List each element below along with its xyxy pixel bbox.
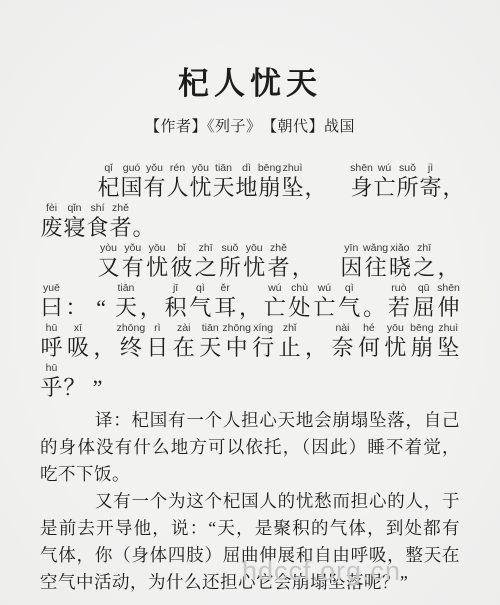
hanzi-character: 乎 (41, 375, 63, 401)
pinyin-annotation: tiān (117, 282, 134, 295)
pinyin-annotation: shēn (437, 282, 460, 295)
pinyin-annotation: fèi (46, 202, 57, 215)
pinyin-annotation: zhōng (222, 322, 251, 335)
pinyin-annotation: zhǐ (283, 322, 296, 335)
pinyin-annotation: yōu (149, 242, 166, 255)
hanzi-character: 积 (165, 295, 187, 321)
hanzi-character: 耳 (214, 295, 236, 321)
hanzi-character: ， (437, 255, 459, 281)
classical-line: hū呼xī吸，zhōng终rì日zài在tiān天zhōng中xíng行zhǐ止… (40, 322, 460, 362)
ruby-cell: ， (140, 282, 162, 322)
ruby-cell: yīn因 (340, 242, 362, 282)
pinyin-annotation: yōu (192, 162, 209, 175)
ruby-cell: shēn伸 (438, 282, 460, 322)
pinyin-annotation: qì (345, 282, 354, 295)
ruby-cell: shí食 (87, 202, 109, 241)
hanzi-character: 忧 (243, 255, 265, 281)
hanzi-character (328, 175, 350, 201)
pinyin-annotation: ruò (391, 282, 406, 295)
ruby-cell: hū乎 (41, 362, 63, 401)
hanzi-character: 又 (98, 255, 120, 281)
pinyin-annotation: hū (46, 322, 58, 335)
document-page: 杞人忧天 【作者】《列子》 【朝代】战国 qǐ杞guó国yǒu有rén人yōu忧… (0, 0, 500, 605)
hanzi-character: 亡 (374, 175, 396, 201)
poem-title: 杞人忧天 (0, 0, 500, 103)
pinyin-annotation: hū (46, 362, 58, 375)
hanzi-character: 寝 (64, 215, 86, 241)
hanzi-character: ， (305, 335, 327, 361)
pinyin-annotation: zhuì (438, 322, 458, 335)
hanzi-character: ， (305, 175, 327, 201)
pinyin-annotation: guó (123, 162, 141, 175)
classical-line: yuē曰：“tiān天，jī积qì气ěr耳，wú亡chù处wú亡qì气。ruò若… (40, 282, 460, 322)
ruby-cell: bēng崩 (411, 322, 433, 362)
ruby-cell: yōu忧 (243, 242, 265, 282)
pinyin-annotation: yuē (43, 282, 60, 295)
ruby-cell: ： (65, 282, 87, 322)
pinyin-annotation: wú (318, 282, 331, 295)
ruby-cell: guó国 (121, 162, 143, 202)
ruby-cell: xíng行 (252, 322, 274, 362)
ruby-cell: ěr耳 (214, 282, 236, 322)
pinyin-annotation: xiǎo (390, 242, 409, 255)
ruby-cell: suǒ所 (219, 242, 241, 282)
hanzi-character: 。 (133, 215, 155, 241)
hanzi-character: 气 (189, 295, 211, 321)
ruby-cell: dì地 (236, 162, 258, 202)
ruby-cell: yōu忧 (190, 162, 212, 202)
pinyin-annotation: yǒu (146, 162, 163, 175)
ruby-cell: ？ (64, 362, 86, 401)
ruby-cell: jì寄 (420, 162, 442, 202)
pinyin-annotation: wú (268, 282, 281, 295)
ruby-cell: ， (239, 282, 261, 322)
ruby-cell: tiān天 (115, 282, 137, 322)
hanzi-character: 地 (236, 175, 258, 201)
ruby-cell: chù处 (289, 282, 311, 322)
pinyin-annotation: qǐ (104, 162, 112, 175)
ruby-cell: yuē曰 (41, 282, 63, 322)
ruby-cell: yǒu有 (122, 242, 144, 282)
hanzi-character: 吸 (67, 335, 89, 361)
hanzi-character: 食 (87, 215, 109, 241)
hanzi-character: 人 (167, 175, 189, 201)
pinyin-annotation: bǐ (177, 242, 185, 255)
pinyin-annotation: nài (335, 322, 349, 335)
pinyin-annotation: zài (177, 322, 190, 335)
hanzi-character: ？ (64, 375, 86, 401)
hanzi-character: 奈 (331, 335, 353, 361)
hanzi-character: 天 (115, 295, 137, 321)
pinyin-annotation: bēng (258, 162, 281, 175)
pinyin-annotation: xī (74, 322, 82, 335)
hanzi-character: 伸 (438, 295, 460, 321)
hanzi-character: 有 (122, 255, 144, 281)
hanzi-character: 之 (195, 255, 217, 281)
hanzi-character: 在 (173, 335, 195, 361)
ruby-cell: yōu忧 (146, 242, 168, 282)
pinyin-annotation: yōu (246, 242, 263, 255)
classical-line: yòu又yǒu有yōu忧bǐ彼zhī之suǒ所yōu忧zhě者， yīn因wǎn… (40, 242, 460, 282)
hanzi-character: 之 (413, 255, 435, 281)
pinyin-annotation: yòu (100, 242, 117, 255)
pinyin-annotation: ěr (221, 282, 230, 295)
hanzi-character: 行 (252, 335, 274, 361)
ruby-cell: xiǎo晓 (389, 242, 411, 282)
hanzi-character: 亡 (313, 295, 335, 321)
ruby-cell: rén人 (167, 162, 189, 202)
pinyin-annotation: qū (418, 282, 430, 295)
ruby-cell: bǐ彼 (170, 242, 192, 282)
ruby-cell: qǐn寝 (64, 202, 86, 241)
pinyin-annotation: zhě (270, 242, 287, 255)
pinyin-annotation: suǒ (399, 162, 416, 175)
ruby-cell: rì日 (146, 322, 168, 362)
pinyin-annotation: chù (291, 282, 308, 295)
ruby-cell: bēng崩 (259, 162, 281, 202)
ruby-cell: ， (443, 162, 465, 202)
hanzi-character: 者 (267, 255, 289, 281)
pinyin-annotation: shēn (350, 162, 373, 175)
ruby-cell: qǐ杞 (98, 162, 120, 202)
ruby-cell: qì气 (338, 282, 360, 322)
pinyin-annotation: suǒ (221, 242, 238, 255)
hanzi-character: 天 (199, 335, 221, 361)
pinyin-annotation: hé (363, 322, 375, 335)
ruby-cell: 。 (133, 202, 155, 241)
ruby-cell: zhōng中 (226, 322, 248, 362)
pinyin-annotation: tiān (202, 322, 219, 335)
ruby-cell: zhī之 (413, 242, 435, 282)
pinyin-annotation: qǐn (67, 202, 81, 215)
hanzi-character: 气 (338, 295, 360, 321)
ruby-cell: tiān天 (213, 162, 235, 202)
ruby-cell: ， (93, 322, 115, 362)
hanzi-character: 何 (358, 335, 380, 361)
hanzi-character: 崩 (259, 175, 281, 201)
hanzi-character: 杞 (98, 175, 120, 201)
ruby-cell: xī吸 (67, 322, 89, 362)
ruby-cell: 。 (363, 282, 385, 322)
hanzi-character: 彼 (170, 255, 192, 281)
ruby-cell: shēn身 (351, 162, 373, 202)
ruby-cell: qū屈 (413, 282, 435, 322)
classical-line: qǐ杞guó国yǒu有rén人yōu忧tiān天dì地bēng崩zhuì坠， s… (40, 162, 460, 202)
hanzi-character: 有 (144, 175, 166, 201)
pinyin-annotation: zhōng (117, 322, 146, 335)
hanzi-character: 因 (340, 255, 362, 281)
hanzi-character: 寄 (420, 175, 442, 201)
ruby-cell: zhě者 (110, 202, 132, 241)
ruby-cell: qì气 (189, 282, 211, 322)
ruby-cell (328, 162, 350, 202)
hanzi-character: 亡 (264, 295, 286, 321)
hanzi-character: 晓 (389, 255, 411, 281)
hanzi-character: 往 (365, 255, 387, 281)
ruby-cell: ， (305, 322, 327, 362)
hanzi-character: 所 (219, 255, 241, 281)
pinyin-annotation: jì (428, 162, 433, 175)
ruby-cell: wú亡 (313, 282, 335, 322)
pinyin-annotation: jī (173, 282, 178, 295)
hanzi-character: 屈 (413, 295, 435, 321)
pinyin-annotation: yīn (344, 242, 358, 255)
hanzi-character: ， (239, 295, 261, 321)
ruby-cell: zhuì坠 (282, 162, 304, 202)
ruby-cell: tiān天 (199, 322, 221, 362)
ruby-cell: yòu又 (98, 242, 120, 282)
pinyin-annotation: zhuì (283, 162, 303, 175)
hanzi-character: 止 (279, 335, 301, 361)
hanzi-character: 天 (213, 175, 235, 201)
hanzi-character: 身 (351, 175, 373, 201)
hanzi-character (316, 255, 338, 281)
hanzi-character: ， (443, 175, 465, 201)
hanzi-character: ： (65, 295, 87, 321)
ruby-cell: hū呼 (41, 322, 63, 362)
ruby-cell: ” (87, 362, 109, 401)
pinyin-annotation: rén (170, 162, 185, 175)
pinyin-annotation: rì (154, 322, 160, 335)
pinyin-annotation: wǎng (363, 242, 388, 255)
pinyin-annotation: tiān (215, 162, 232, 175)
classical-line: hū乎？” (40, 362, 460, 402)
hanzi-character: 若 (388, 295, 410, 321)
ruby-cell: zhuì坠 (437, 322, 459, 362)
ruby-cell: ruò若 (388, 282, 410, 322)
hanzi-character: 忧 (384, 335, 406, 361)
ruby-cell: wú亡 (374, 162, 396, 202)
hanzi-character: “ (96, 295, 106, 321)
pinyin-annotation: dì (242, 162, 251, 175)
hanzi-character: 废 (41, 215, 63, 241)
hanzi-character: 处 (289, 295, 311, 321)
hanzi-character: 日 (146, 335, 168, 361)
hanzi-character: 曰 (41, 295, 63, 321)
ruby-cell: jī积 (165, 282, 187, 322)
pinyin-annotation: yōu (387, 322, 404, 335)
hanzi-character: ， (93, 335, 115, 361)
hanzi-character: ” (93, 375, 103, 401)
ruby-cell: wú亡 (264, 282, 286, 322)
ruby-cell: zhī之 (195, 242, 217, 282)
ruby-cell: suǒ所 (397, 162, 419, 202)
hanzi-character: 者 (110, 215, 132, 241)
classical-text-with-pinyin: qǐ杞guó国yǒu有rén人yōu忧tiān天dì地bēng崩zhuì坠， s… (40, 162, 460, 402)
ruby-cell: nài奈 (331, 322, 353, 362)
ruby-cell (316, 242, 338, 282)
pinyin-annotation: shí (90, 202, 104, 215)
hanzi-character: 。 (363, 295, 385, 321)
pinyin-annotation: zhī (199, 242, 213, 255)
ruby-cell: fèi废 (41, 202, 63, 241)
hanzi-character: 所 (397, 175, 419, 201)
hanzi-character: 忧 (190, 175, 212, 201)
translation-paragraph-1: 译：杞国有一个人担心天地会崩塌坠落，自己的身体没有什么地方可以依托，（因此）睡不… (40, 407, 460, 488)
hanzi-character: 崩 (411, 335, 433, 361)
ruby-cell: ， (437, 242, 459, 282)
hanzi-character: 国 (121, 175, 143, 201)
ruby-cell: zhōng终 (120, 322, 142, 362)
ruby-cell: hé何 (358, 322, 380, 362)
ruby-cell: wǎng往 (365, 242, 387, 282)
ruby-cell: ， (305, 162, 327, 202)
ruby-cell: “ (90, 282, 112, 322)
pinyin-annotation: zhī (417, 242, 431, 255)
pinyin-annotation: wú (378, 162, 391, 175)
pinyin-annotation: bēng (410, 322, 433, 335)
ruby-cell: zài在 (173, 322, 195, 362)
pinyin-annotation: xíng (253, 322, 273, 335)
hanzi-character: ， (140, 295, 162, 321)
hanzi-character: 呼 (41, 335, 63, 361)
ruby-cell: yǒu有 (144, 162, 166, 202)
classical-line: fèi废qǐn寝shí食zhě者。 (40, 202, 460, 242)
ruby-cell: zhǐ止 (279, 322, 301, 362)
ruby-cell: ， (292, 242, 314, 282)
pinyin-annotation: qì (196, 282, 205, 295)
hanzi-character: 忧 (146, 255, 168, 281)
hanzi-character: 中 (226, 335, 248, 361)
pinyin-annotation: zhě (112, 202, 129, 215)
hanzi-character: 坠 (437, 335, 459, 361)
hanzi-character: 终 (120, 335, 142, 361)
ruby-cell: zhě者 (267, 242, 289, 282)
author-dynasty-byline: 【作者】《列子》 【朝代】战国 (0, 115, 500, 136)
hanzi-character: 坠 (282, 175, 304, 201)
hanzi-character: ， (292, 255, 314, 281)
site-watermark: hdccf.org.cn (242, 556, 401, 587)
ruby-cell: yōu忧 (384, 322, 406, 362)
pinyin-annotation: yǒu (124, 242, 141, 255)
